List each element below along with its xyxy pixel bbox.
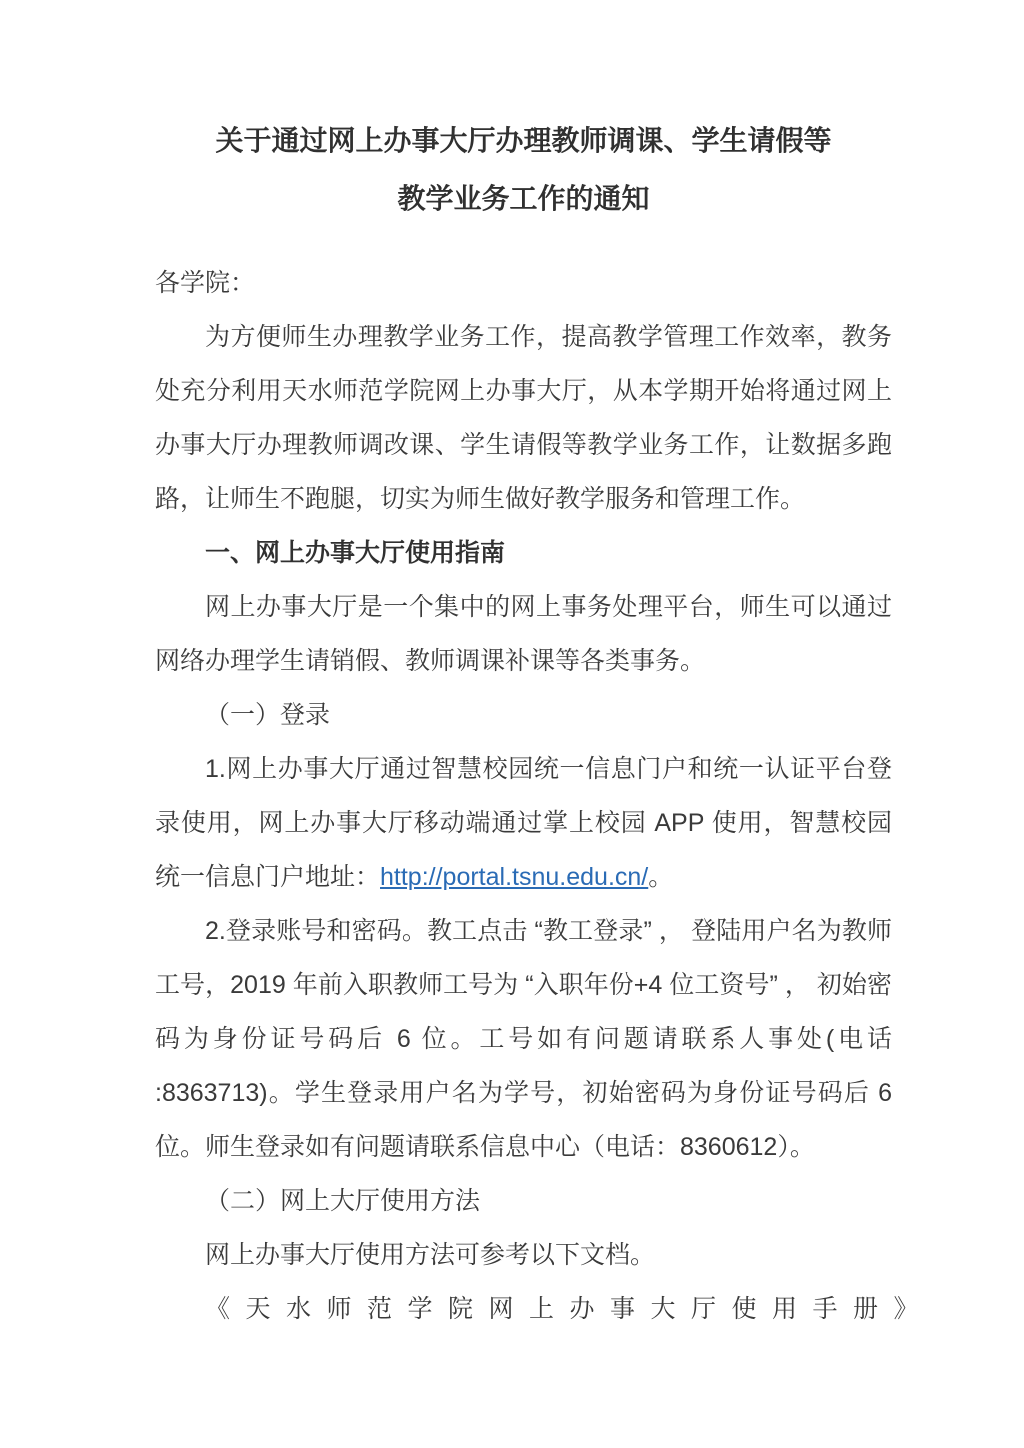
subheading-login: （一）登录	[155, 688, 892, 742]
section-heading-1: 一、网上办事大厅使用指南	[155, 526, 892, 580]
paragraph-usage: 网上办事大厅使用方法可参考以下文档。	[155, 1228, 892, 1282]
subheading-usage: （二）网上大厅使用方法	[155, 1174, 892, 1228]
paragraph-account: 2.登录账号和密码。教工点击 “教工登录” ， 登陆用户名为教师工号，2019 …	[155, 904, 892, 1174]
document-page: 关于通过网上办事大厅办理教师调课、学生请假等 教学业务工作的通知 各学院： 为方…	[0, 0, 1024, 1448]
paragraph-manual-title: 《天水师范学院网上办事大厅使用手册》	[155, 1282, 892, 1336]
title-spacer	[155, 228, 892, 256]
document-title-line2: 教学业务工作的通知	[155, 170, 892, 228]
salutation: 各学院：	[155, 256, 892, 310]
paragraph-login: 1.网上办事大厅通过智慧校园统一信息门户和统一认证平台登录使用，网上办事大厅移动…	[155, 742, 892, 904]
paragraph-platform: 网上办事大厅是一个集中的网上事务处理平台，师生可以通过网络办理学生请销假、教师调…	[155, 580, 892, 688]
paragraph-intro: 为方便师生办理教学业务工作，提高教学管理工作效率，教务处充分利用天水师范学院网上…	[155, 310, 892, 526]
portal-url-link[interactable]: http://portal.tsnu.edu.cn/	[380, 863, 648, 891]
document-body: 关于通过网上办事大厅办理教师调课、学生请假等 教学业务工作的通知 各学院： 为方…	[155, 112, 892, 1336]
document-title-line1: 关于通过网上办事大厅办理教师调课、学生请假等	[155, 112, 892, 170]
login-text-after: 。	[648, 863, 673, 891]
